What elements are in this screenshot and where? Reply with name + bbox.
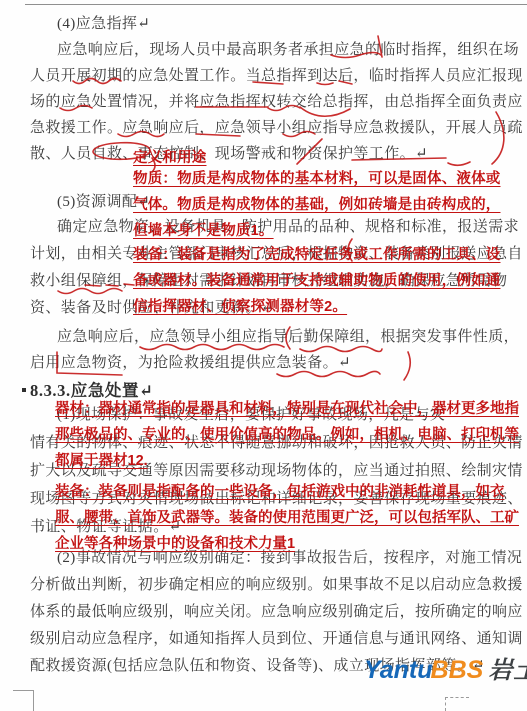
header-rule [25, 4, 527, 5]
annotation-line: 但墙本身不是物质1。 [133, 218, 501, 244]
logo-text-cn: 岩土在线 [488, 657, 527, 684]
text-line: 应急响应后，应急领导小组应指导后勤保障组，根据突发事件性质， [30, 324, 519, 350]
document-page: (4)应急指挥↵ 应急响应后，现场人员中最高职务者承担应急的临时指挥，组织在场 … [0, 0, 527, 711]
text-line: 急救援工作。应急响应后，应急领导小组应指导应急救援队，开展人员疏 [30, 115, 523, 141]
text-line: 分析做出判断，初步确定相应的响应级别。如果事故不足以启动应急救援 [30, 572, 523, 599]
paragraph-4-body: 应急响应后，现场人员中最高职务者承担应急的临时指挥，组织在场 人员开展初期的应急… [30, 37, 523, 167]
margin-corner-mark [445, 697, 469, 698]
outline-bullet-icon [22, 388, 26, 392]
paragraph-4-heading: (4)应急指挥↵ [30, 11, 150, 37]
annotation-line: 装备：装备则是指配备的一些设备，包括游戏中的非消耗性道具，如衣 [55, 479, 519, 505]
text-line: 启用应急物资，为抢险救援组提供应急装备。↵ [30, 350, 519, 376]
annotation-line: 装备：装备是指为了完成特定任务或工作所需的工具、设 [133, 242, 501, 268]
annotation-line: 气体。物质是构成物体的基础，例如砖墙是由砖构成的， [133, 192, 501, 218]
text-line: 体系的最低响应级别，响应关闭。应急响应级别确定后，按所确定的响应 [30, 599, 523, 626]
annotation-apparatus-note: 器材：器材通常指的是器具和材料，特别是在现代社会中，器材更多地指 那些极品的、专… [55, 396, 519, 474]
annotation-line: 备或器材。装备通常用于支持或辅助物质的使用，例如通 [133, 268, 501, 294]
margin-corner-mark [33, 690, 34, 711]
margin-corner-mark [445, 697, 446, 711]
annotation-matter-note: 物质：物质是构成物体的基本材料，可以是固体、液体或 气体。物质是构成物体的基础，… [133, 166, 501, 244]
margin-corner-mark [13, 690, 33, 691]
watermark-logo: YantuBBS岩土在线 [364, 650, 527, 685]
annotation-line: 企业等各种场景中的设备和技术力量1 [55, 531, 519, 557]
annotation-line: 信指挥器材、侦察探测器材等2。 [133, 294, 501, 320]
text-line: 应急响应后，现场人员中最高职务者承担应急的临时指挥，组织在场 [30, 37, 523, 63]
text-line: (4)应急指挥↵ [30, 11, 150, 37]
annotation-equipment-note: 装备：装备是指为了完成特定任务或工作所需的工具、设 备或器材。装备通常用于支持或… [133, 242, 501, 320]
annotation-equipment2-note: 装备：装备则是指配备的一些设备，包括游戏中的非消耗性道具，如衣 服、腰带、首饰及… [55, 479, 519, 557]
annotation-line: 物质：物质是构成物体的基本材料，可以是固体、液体或 [133, 166, 501, 192]
text-line: 级别启动应急程序，如通知指挥人员到位、开通信息与通讯网络、通知调 [30, 626, 523, 653]
logo-text-bbs: BBS [431, 656, 484, 684]
annotation-line: 那些极品的、专业的、使用价值高的物品。例如，相机、电脑、打印机等 [55, 422, 519, 448]
logo-text-yantu: Yantu [364, 656, 433, 684]
annotation-line: 都属于器材12. [55, 448, 519, 474]
text-line: 散、人员自救、事态控制、现场警戒和物资保护等工作。↵ [30, 141, 523, 167]
annotation-line: 器材：器材通常指的是器具和材料，特别是在现代社会中，器材更多地指 [55, 396, 519, 422]
text-line: 人员开展初期的应急处置工作。当总指挥到达后，临时指挥人员应汇报现 [30, 63, 523, 89]
annotation-line: 服、腰带、首饰及武器等。装备的使用范围更广泛，可以包括军队、工矿 [55, 505, 519, 531]
paragraph-5-body2: 应急响应后，应急领导小组应指导后勤保障组，根据突发事件性质， 启用应急物资，为抢… [30, 324, 519, 376]
text-line: 场的应急处置情况，并将应急指挥权转交给总指挥，由总指挥全面负责应 [30, 89, 523, 115]
